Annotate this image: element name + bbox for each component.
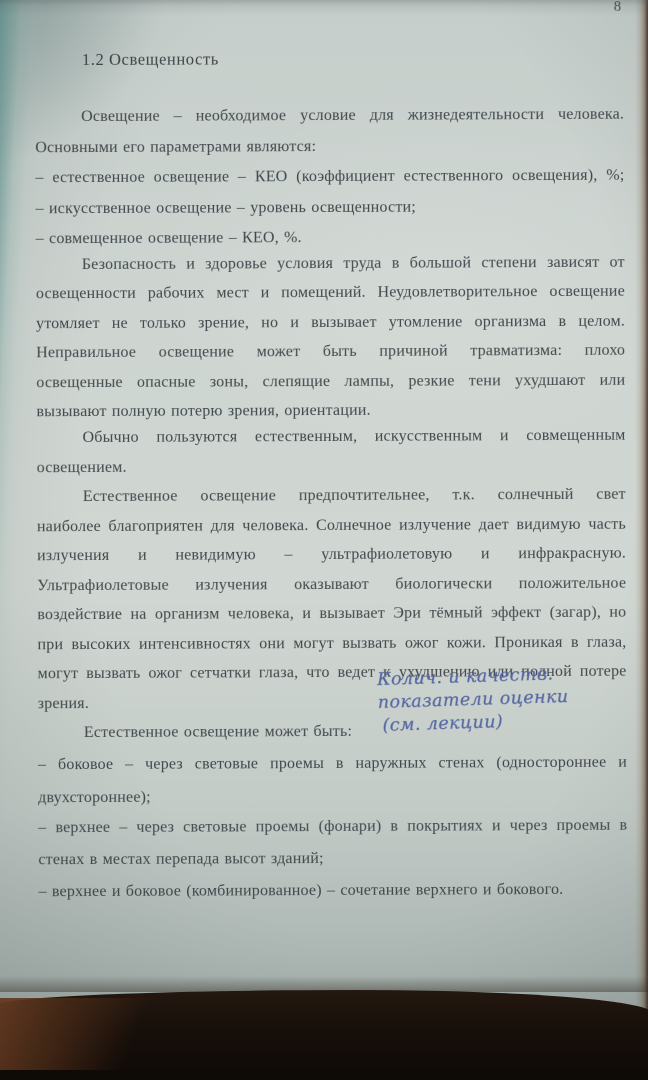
text-line: Естественное освещение предпочтительнее,… (37, 484, 626, 508)
text-line: излучения и невидимую – ультрафиолетовую… (37, 543, 626, 567)
text-line: – верхнее и боковое (комбинированное) – … (38, 879, 627, 903)
page-sheet: 8 1.2 Освещенность Освещение – необходим… (0, 0, 648, 1080)
document-photo: 8 1.2 Освещенность Освещение – необходим… (0, 0, 648, 1080)
text-line: Освещение – необходимое условие для жизн… (35, 104, 624, 128)
text-line: – естественное освещение – КЕО (коэффици… (35, 165, 624, 189)
text-line: Неправильное освещение может быть причин… (36, 340, 625, 364)
text-line: – совмещенное освещение – КЕО, %. (36, 226, 625, 250)
page-number: 8 (614, 0, 622, 16)
text-line: наиболее благоприятен для человека. Солн… (37, 514, 626, 538)
text-line: – боковое – через световые проемы в нару… (38, 752, 627, 776)
text-line: вызывают полную потерю зрения, ориентаци… (36, 399, 625, 423)
text-line: освещенности рабочих мест и помещений. Н… (36, 281, 625, 305)
text-line: воздействие на организм человека, и вызы… (37, 602, 626, 626)
handwritten-note: Колич. и качеств. показатели оценки (см.… (377, 662, 609, 738)
text-line: – искусственное освещение – уровень осве… (36, 196, 625, 220)
text-line: освещенные опасные зоны, слепящие лампы,… (36, 370, 625, 394)
text-line: Ультрафиолетовые излучения оказывают био… (37, 573, 626, 597)
text-line: при высоких интенсивностях они могут выз… (37, 632, 626, 656)
section-heading: 1.2 Освещенность (82, 49, 219, 70)
text-line: – верхнее – через световые проемы (фонар… (38, 815, 627, 839)
text-line: стенах в местах перепада высот зданий; (38, 847, 627, 871)
text-line: Обычно пользуются естественным, искусств… (37, 425, 626, 449)
text-line: утомляет не только зрение, но и вызывает… (36, 311, 625, 335)
text-line: освещением. (37, 455, 626, 479)
text-line: двухстороннее); (38, 785, 627, 809)
text-line: Основными его параметрами являются: (35, 135, 624, 159)
text-line: Безопасность и здоровье условия труда в … (36, 252, 625, 276)
wood-desk-corner (0, 998, 180, 1070)
